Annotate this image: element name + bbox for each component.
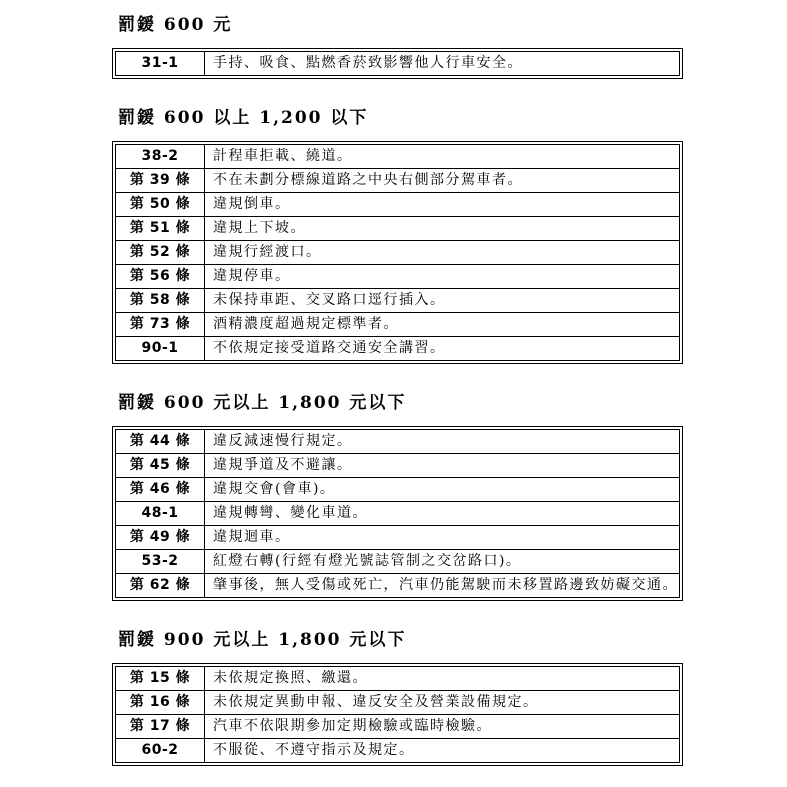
table-row: 31-1 手持、吸食、點燃香菸致影響他人行車安全。 [116,52,680,76]
article-cell: 第 46 條 [116,478,205,502]
table-row: 第 56 條 違規停車。 [116,265,680,289]
description-cell: 手持、吸食、點燃香菸致影響他人行車安全。 [205,52,680,76]
fines-table-body: 第 15 條 未依規定換照、繳還。 第 16 條 未依規定異動申報、違反安全及營… [116,667,680,763]
article-cell: 第 49 條 [116,526,205,550]
document-page: 罰鍰 600 元 31-1 手持、吸食、點燃香菸致影響他人行車安全。 罰鍰 60… [112,14,683,766]
fines-table: 第 15 條 未依規定換照、繳還。 第 16 條 未依規定異動申報、違反安全及營… [115,666,680,763]
article-cell: 第 15 條 [116,667,205,691]
table-row: 第 49 條 違規迴車。 [116,526,680,550]
table-row: 第 17 條 汽車不依限期參加定期檢驗或臨時檢驗。 [116,715,680,739]
fines-table: 31-1 手持、吸食、點燃香菸致影響他人行車安全。 [115,51,680,76]
description-cell: 不在未劃分標線道路之中央右側部分駕車者。 [205,169,680,193]
description-cell: 違規爭道及不避讓。 [205,454,680,478]
description-cell: 紅燈右轉(行經有燈光號誌管制之交岔路口)。 [205,550,680,574]
table-row: 第 62 條 肇事後，無人受傷或死亡，汽車仍能駕駛而未移置路邊致妨礙交通。 [116,574,680,598]
description-cell: 汽車不依限期參加定期檢驗或臨時檢驗。 [205,715,680,739]
article-cell: 第 16 條 [116,691,205,715]
article-cell: 第 51 條 [116,217,205,241]
table-row: 第 44 條 違反減速慢行規定。 [116,430,680,454]
fines-table: 第 44 條 違反減速慢行規定。 第 45 條 違規爭道及不避讓。 第 46 條… [115,429,680,598]
description-cell: 違反減速慢行規定。 [205,430,680,454]
sections-container: 罰鍰 600 元 31-1 手持、吸食、點燃香菸致影響他人行車安全。 罰鍰 60… [112,14,683,766]
article-cell: 第 44 條 [116,430,205,454]
description-cell: 違規倒車。 [205,193,680,217]
article-cell: 第 45 條 [116,454,205,478]
description-cell: 不依規定接受道路交通安全講習。 [205,337,680,361]
article-cell: 第 73 條 [116,313,205,337]
article-cell: 第 58 條 [116,289,205,313]
fines-table-frame: 31-1 手持、吸食、點燃香菸致影響他人行車安全。 [112,48,683,79]
fines-table: 38-2 計程車拒載、繞道。 第 39 條 不在未劃分標線道路之中央右側部分駕車… [115,144,680,361]
article-cell: 90-1 [116,337,205,361]
description-cell: 未依規定異動申報、違反安全及營業設備規定。 [205,691,680,715]
description-cell: 酒精濃度超過規定標準者。 [205,313,680,337]
description-cell: 未依規定換照、繳還。 [205,667,680,691]
section-title: 罰鍰 600 以上 1,200 以下 [118,107,683,129]
fines-table-frame: 38-2 計程車拒載、繞道。 第 39 條 不在未劃分標線道路之中央右側部分駕車… [112,141,683,364]
table-row: 第 50 條 違規倒車。 [116,193,680,217]
table-row: 第 16 條 未依規定異動申報、違反安全及營業設備規定。 [116,691,680,715]
article-cell: 31-1 [116,52,205,76]
description-cell: 違規停車。 [205,265,680,289]
fine-section: 罰鍰 600 元 31-1 手持、吸食、點燃香菸致影響他人行車安全。 [112,14,683,79]
table-row: 第 15 條 未依規定換照、繳還。 [116,667,680,691]
fine-section: 罰鍰 600 以上 1,200 以下 38-2 計程車拒載、繞道。 第 39 條… [112,107,683,364]
table-row: 48-1 違規轉彎、變化車道。 [116,502,680,526]
article-cell: 第 50 條 [116,193,205,217]
table-row: 第 58 條 未保持車距、交叉路口逕行插入。 [116,289,680,313]
table-row: 第 51 條 違規上下坡。 [116,217,680,241]
description-cell: 違規交會(會車)。 [205,478,680,502]
article-cell: 60-2 [116,739,205,763]
section-title: 罰鍰 600 元以上 1,800 元以下 [118,392,683,414]
description-cell: 違規行經渡口。 [205,241,680,265]
table-row: 53-2 紅燈右轉(行經有燈光號誌管制之交岔路口)。 [116,550,680,574]
table-row: 第 73 條 酒精濃度超過規定標準者。 [116,313,680,337]
table-row: 38-2 計程車拒載、繞道。 [116,145,680,169]
description-cell: 肇事後，無人受傷或死亡，汽車仍能駕駛而未移置路邊致妨礙交通。 [205,574,680,598]
table-row: 第 39 條 不在未劃分標線道路之中央右側部分駕車者。 [116,169,680,193]
article-cell: 第 52 條 [116,241,205,265]
table-row: 90-1 不依規定接受道路交通安全講習。 [116,337,680,361]
section-title: 罰鍰 600 元 [118,14,683,36]
article-cell: 48-1 [116,502,205,526]
fines-table-body: 第 44 條 違反減速慢行規定。 第 45 條 違規爭道及不避讓。 第 46 條… [116,430,680,598]
table-row: 第 52 條 違規行經渡口。 [116,241,680,265]
description-cell: 違規迴車。 [205,526,680,550]
description-cell: 違規轉彎、變化車道。 [205,502,680,526]
table-row: 第 46 條 違規交會(會車)。 [116,478,680,502]
fines-table-body: 31-1 手持、吸食、點燃香菸致影響他人行車安全。 [116,52,680,76]
description-cell: 違規上下坡。 [205,217,680,241]
description-cell: 未保持車距、交叉路口逕行插入。 [205,289,680,313]
article-cell: 第 17 條 [116,715,205,739]
fine-section: 罰鍰 900 元以上 1,800 元以下 第 15 條 未依規定換照、繳還。 第… [112,629,683,766]
article-cell: 第 62 條 [116,574,205,598]
fines-table-body: 38-2 計程車拒載、繞道。 第 39 條 不在未劃分標線道路之中央右側部分駕車… [116,145,680,361]
fine-section: 罰鍰 600 元以上 1,800 元以下 第 44 條 違反減速慢行規定。 第 … [112,392,683,601]
table-row: 60-2 不服從、不遵守指示及規定。 [116,739,680,763]
fines-table-frame: 第 15 條 未依規定換照、繳還。 第 16 條 未依規定異動申報、違反安全及營… [112,663,683,766]
description-cell: 計程車拒載、繞道。 [205,145,680,169]
article-cell: 53-2 [116,550,205,574]
article-cell: 38-2 [116,145,205,169]
description-cell: 不服從、不遵守指示及規定。 [205,739,680,763]
article-cell: 第 56 條 [116,265,205,289]
section-title: 罰鍰 900 元以上 1,800 元以下 [118,629,683,651]
table-row: 第 45 條 違規爭道及不避讓。 [116,454,680,478]
fines-table-frame: 第 44 條 違反減速慢行規定。 第 45 條 違規爭道及不避讓。 第 46 條… [112,426,683,601]
article-cell: 第 39 條 [116,169,205,193]
